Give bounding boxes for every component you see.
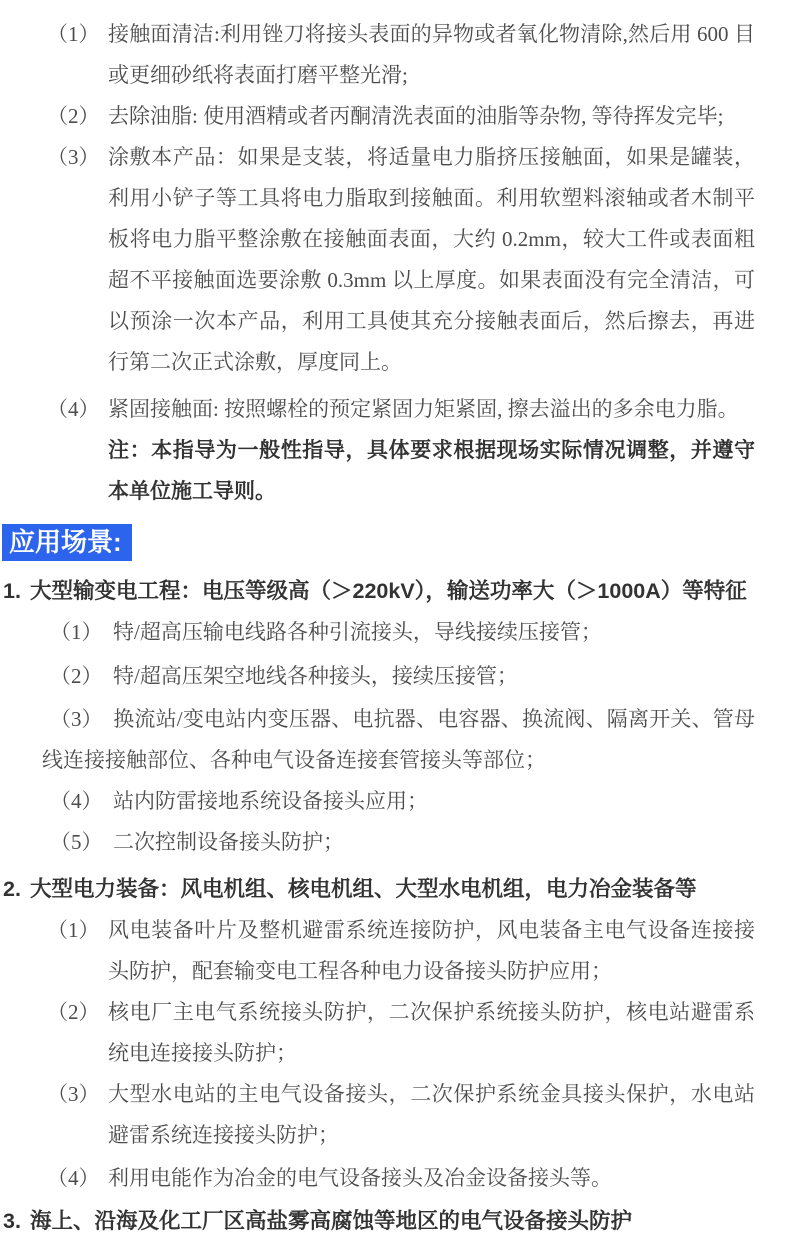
item-text: 站内防雷接地系统设备接头应用； — [113, 789, 428, 813]
item-text: 去除油脂: 使用酒精或者丙酮清洗表面的油脂等杂物, 等待挥发完毕; — [108, 104, 723, 128]
list-item: （4）利用电能作为冶金的电气设备接头及冶金设备接头等。 — [0, 1158, 755, 1199]
list-item: （3）涂敷本产品：如果是支装，将适量电力脂挤压接触面，如果是罐装，利用小铲子等工… — [0, 137, 755, 383]
section-heading: 1.大型输变电工程：电压等级高（＞220kV），输送功率大（＞1000A）等特征 — [0, 571, 755, 612]
application-section-3: 3.海上、沿海及化工厂区高盐雾高腐蚀等地区的电气设备接头防护 — [0, 1201, 755, 1242]
section-number: 2. — [3, 869, 21, 910]
applications-header-row: 应用场景: — [0, 524, 755, 561]
item-marker: （2） — [47, 96, 100, 137]
item-marker: （2） — [50, 656, 113, 697]
item-marker: （2） — [47, 992, 100, 1033]
list-item: （1）接触面清洁:利用锉刀将接头表面的异物或者氧化物清除,然后用 600 目或更… — [0, 14, 755, 96]
applications-header: 应用场景: — [2, 524, 132, 561]
item-text: 风电装备叶片及整机避雷系统连接防护，风电装备主电气设备连接接头防护，配套输变电工… — [108, 918, 755, 983]
item-marker: （3） — [47, 1074, 100, 1115]
document-page: （1）接触面清洁:利用锉刀将接头表面的异物或者氧化物清除,然后用 600 目或更… — [0, 0, 800, 1255]
item-marker: （3） — [47, 137, 100, 178]
item-marker: （4） — [47, 1158, 100, 1199]
list-item: （4）紧固接触面: 按照螺栓的预定紧固力矩紧固, 擦去溢出的多余电力脂。 — [0, 389, 755, 430]
item-marker: （4） — [50, 781, 113, 822]
item-text: 紧固接触面: 按照螺栓的预定紧固力矩紧固, 擦去溢出的多余电力脂。 — [108, 397, 739, 421]
item-text: 二次控制设备接头防护； — [113, 830, 344, 854]
item-marker: （5） — [50, 822, 113, 863]
item-text: 换流站/变电站内变压器、电抗器、电容器、换流阀、隔离开关、管母线连接接触部位、各… — [42, 707, 755, 772]
section-number: 3. — [3, 1201, 21, 1242]
section-heading: 3.海上、沿海及化工厂区高盐雾高腐蚀等地区的电气设备接头防护 — [0, 1201, 755, 1242]
list-item: （2）核电厂主电气系统接头防护，二次保护系统接头防护，核电站避雷系统电连接接头防… — [0, 992, 755, 1074]
item-marker: （1） — [50, 612, 113, 653]
item-text: 大型水电站的主电气设备接头，二次保护系统金具接头保护，水电站避雷系统连接接头防护… — [108, 1082, 755, 1147]
list-item: （2）特/超高压架空地线各种接头，接续压接管； — [0, 656, 755, 697]
list-item: （2）去除油脂: 使用酒精或者丙酮清洗表面的油脂等杂物, 等待挥发完毕; — [0, 96, 755, 137]
item-text: 特/超高压架空地线各种接头，接续压接管； — [113, 664, 518, 688]
usage-steps-list: （1）接触面清洁:利用锉刀将接头表面的异物或者氧化物清除,然后用 600 目或更… — [0, 14, 755, 512]
section-title: 海上、沿海及化工厂区高盐雾高腐蚀等地区的电气设备接头防护 — [30, 1209, 632, 1233]
section-title: 大型电力装备：风电机组、核电机组、大型水电机组，电力冶金装备等 — [30, 877, 697, 901]
item-marker: （4） — [47, 389, 100, 430]
section-title: 大型输变电工程：电压等级高（＞220kV），输送功率大（＞1000A）等特征 — [30, 579, 747, 603]
application-section-2: 2.大型电力装备：风电机组、核电机组、大型水电机组，电力冶金装备等 （1）风电装… — [0, 869, 755, 1199]
item-text: 特/超高压输电线路各种引流接头，导线接续压接管； — [113, 620, 602, 644]
list-item: （1）特/超高压输电线路各种引流接头，导线接续压接管； — [0, 612, 755, 653]
list-item: （4）站内防雷接地系统设备接头应用； — [0, 781, 755, 822]
item-text: 核电厂主电气系统接头防护，二次保护系统接头防护，核电站避雷系统电连接接头防护； — [108, 1000, 755, 1065]
section-heading: 2.大型电力装备：风电机组、核电机组、大型水电机组，电力冶金装备等 — [0, 869, 755, 910]
section-number: 1. — [3, 571, 21, 612]
item-text: 利用电能作为冶金的电气设备接头及冶金设备接头等。 — [108, 1166, 612, 1190]
application-section-1: 1.大型输变电工程：电压等级高（＞220kV），输送功率大（＞1000A）等特征… — [0, 571, 755, 863]
instructions-note: 注：本指导为一般性指导，具体要求根据现场实际情况调整，并遵守本单位施工导则。 — [0, 430, 755, 512]
list-item: （1）风电装备叶片及整机避雷系统连接防护，风电装备主电气设备连接接头防护，配套输… — [0, 910, 755, 992]
item-marker: （1） — [47, 910, 100, 951]
item-text: 涂敷本产品：如果是支装，将适量电力脂挤压接触面，如果是罐装，利用小铲子等工具将电… — [108, 145, 755, 374]
list-item: （3）换流站/变电站内变压器、电抗器、电容器、换流阀、隔离开关、管母线连接接触部… — [0, 699, 755, 781]
item-text: 接触面清洁:利用锉刀将接头表面的异物或者氧化物清除,然后用 600 目或更细砂纸… — [108, 22, 755, 87]
item-marker: （3） — [50, 699, 113, 740]
list-item: （5）二次控制设备接头防护； — [0, 822, 755, 863]
list-item: （3）大型水电站的主电气设备接头，二次保护系统金具接头保护，水电站避雷系统连接接… — [0, 1074, 755, 1156]
item-marker: （1） — [47, 14, 100, 55]
